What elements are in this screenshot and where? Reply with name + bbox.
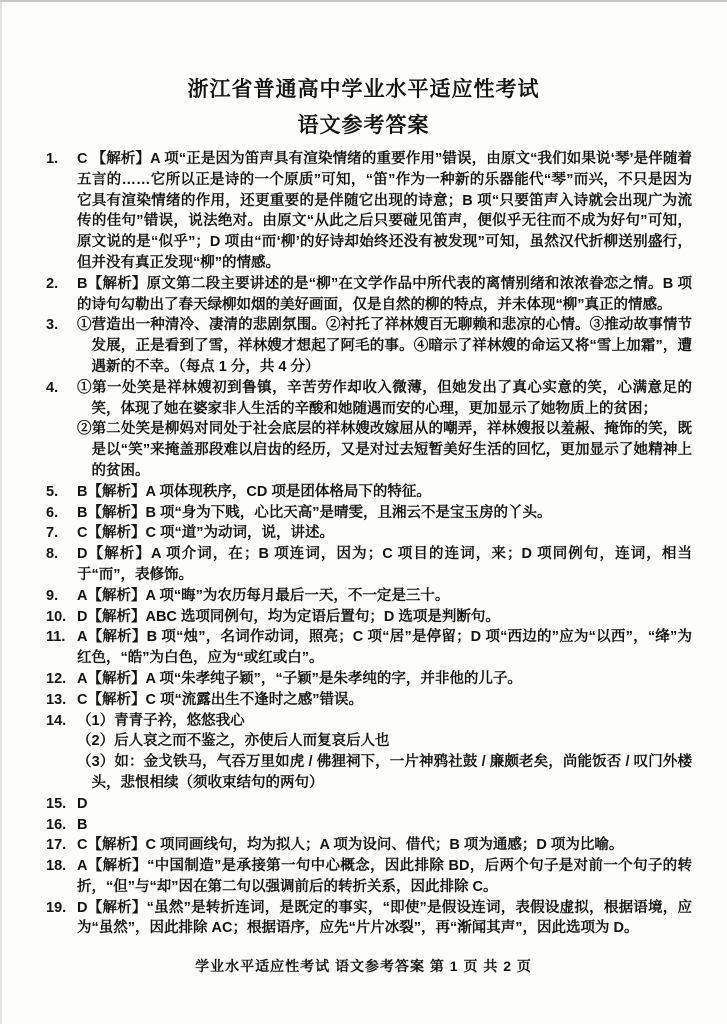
answer-item: 12.A【解析】A 项“朱孝纯子颖”，“子颖”是朱孝纯的字，并非他的儿子。 [46,669,692,690]
answer-item: 3.①营造出一种清冷、凄清的悲剧氛围。②衬托了祥林嫂百无聊赖和悲凉的心情。③推动… [46,315,692,377]
answer-content: A【解析】“中国制造”是承接第一句中心概念，因此排除 BD，后两个句子是对前一个… [77,856,692,898]
page-title: 浙江省普通高中学业水平适应性考试 [0,0,727,103]
answer-paragraph: C【解析】C 项“道”为动词，说，讲述。 [77,523,692,544]
answer-item: 15.D [46,794,692,815]
answer-paragraph: B【解析】A 项体现秩序，CD 项是团体格局下的特征。 [77,482,692,503]
answer-item: 7.C【解析】C 项“道”为动词，说，讲述。 [46,523,692,544]
answer-content: C【解析】C 项“道”为动词，说，讲述。 [77,523,692,544]
answer-number: 1. [46,149,77,274]
answer-item: 16.B [46,815,692,836]
answer-item: 4.①第一处笑是祥林嫂初到鲁镇，辛苦劳作却收入微薄，但她发出了真心实意的笑，心满… [46,378,692,482]
answer-item: 13.C【解析】C 项“流露出生不逢时之感”错误。 [46,690,692,711]
answer-paragraph: D【解析】ABC 选项同例句，均为定语后置句；D 选项是判断句。 [77,607,692,628]
answer-item: 9.A【解析】A 项“晦”为农历每月最后一天，不一定是三十。 [46,586,692,607]
answer-item: 14.（1）青青子衿，悠悠我心（2）后人哀之而不鉴之，亦使后人而复哀后人也（3）… [46,711,692,794]
answer-number: 10. [46,607,77,628]
answer-number: 12. [46,669,77,690]
answer-paragraph: C【解析】C 项同画线句，均为拟人；A 项为设问、借代；B 项为通感；D 项为比… [77,835,692,856]
answer-item: 8.D【解析】A 项介词，在；B 项连词，因为；C 项目的连词，来；D 项同例句… [46,544,692,586]
answer-number: 13. [46,690,77,711]
answer-number: 18. [46,856,77,898]
page-subtitle: 语文参考答案 [0,112,727,139]
answer-content: B [77,815,692,836]
answer-paragraph: A【解析】A 项“晦”为农历每月最后一天，不一定是三十。 [77,586,692,607]
answer-item: 5.B【解析】A 项体现秩序，CD 项是团体格局下的特征。 [46,482,692,503]
answer-item: 10.D【解析】ABC 选项同例句，均为定语后置句；D 选项是判断句。 [46,607,692,628]
answer-list: 1.C 【解析】A 项“正是因为笛声具有渲染情绪的重要作用”错误，由原文“我们如… [0,149,727,939]
answer-item: 18.A【解析】“中国制造”是承接第一句中心概念，因此排除 BD，后两个句子是对… [46,856,692,898]
answer-number: 19. [46,898,77,940]
answer-number: 2. [46,274,77,316]
answer-content: D [77,794,692,815]
answer-content: D【解析】“虽然”是转折连词，是既定的事实，“即使”是假设连词，表假设虚拟，根据… [77,898,692,940]
answer-item: 11.A【解析】B 项“烛”，名词作动词，照亮；C 项“居”是停留；D 项“西边… [46,627,692,669]
answer-number: 5. [46,482,77,503]
answer-content: B【解析】B 项“身为下贱，心比天高”是晴雯，且湘云不是宝玉房的丫头。 [77,503,692,524]
answer-paragraph: A【解析】B 项“烛”，名词作动词，照亮；C 项“居”是停留；D 项“西边的”应… [77,627,692,669]
answer-number: 14. [46,711,77,794]
answer-content: ①第一处笑是祥林嫂初到鲁镇，辛苦劳作却收入微薄，但她发出了真心实意的笑，心满意足… [77,378,692,482]
answer-content: C【解析】C 项“流露出生不逢时之感”错误。 [77,690,692,711]
document-page: 浙江省普通高中学业水平适应性考试 语文参考答案 1.C 【解析】A 项“正是因为… [0,0,727,1024]
answer-number: 9. [46,586,77,607]
answer-paragraph: （2）后人哀之而不鉴之，亦使后人而复哀后人也 [77,731,692,752]
answer-paragraph: C【解析】C 项“流露出生不逢时之感”错误。 [77,690,692,711]
answer-paragraph: D【解析】A 项介词，在；B 项连词，因为；C 项目的连词，来；D 项同例句，连… [77,544,692,586]
page-footer: 学业水平适应性考试 语文参考答案 第 1 页 共 2 页 [0,956,727,976]
answer-content: D【解析】ABC 选项同例句，均为定语后置句；D 选项是判断句。 [77,607,692,628]
answer-paragraph: B [77,815,692,836]
answer-number: 3. [46,315,77,377]
answer-paragraph: B【解析】原文第二段主要讲述的是“柳”在文学作品中所代表的离情别绪和浓浓眷恋之情… [77,274,692,316]
answer-content: C【解析】C 项同画线句，均为拟人；A 项为设问、借代；B 项为通感；D 项为比… [77,835,692,856]
answer-content: ①营造出一种清冷、凄清的悲剧氛围。②衬托了祥林嫂百无聊赖和悲凉的心情。③推动故事… [77,315,692,377]
answer-item: 19.D【解析】“虽然”是转折连词，是既定的事实，“即使”是假设连词，表假设虚拟… [46,898,692,940]
answer-paragraph: D【解析】“虽然”是转折连词，是既定的事实，“即使”是假设连词，表假设虚拟，根据… [77,898,692,940]
answer-item: 17.C【解析】C 项同画线句，均为拟人；A 项为设问、借代；B 项为通感；D … [46,835,692,856]
answer-number: 17. [46,835,77,856]
answer-paragraph: A【解析】A 项“朱孝纯子颖”，“子颖”是朱孝纯的字，并非他的儿子。 [77,669,692,690]
answer-number: 7. [46,523,77,544]
answer-content: A【解析】B 项“烛”，名词作动词，照亮；C 项“居”是停留；D 项“西边的”应… [77,627,692,669]
answer-paragraph: D [77,794,692,815]
answer-number: 11. [46,627,77,669]
answer-number: 16. [46,815,77,836]
answer-content: B【解析】原文第二段主要讲述的是“柳”在文学作品中所代表的离情别绪和浓浓眷恋之情… [77,274,692,316]
answer-paragraph: ②第二处笑是柳妈对同处于社会底层的祥林嫂改嫁屈从的嘲弄，祥林嫂报以羞赧、掩饰的笑… [77,419,692,481]
answer-paragraph: （3）如：金戈铁马，气吞万里如虎 / 佛狸祠下，一片神鸦社鼓 / 廉颇老矣，尚能… [77,752,692,794]
answer-item: 1.C 【解析】A 项“正是因为笛声具有渲染情绪的重要作用”错误，由原文“我们如… [46,149,692,274]
answer-content: A【解析】A 项“晦”为农历每月最后一天，不一定是三十。 [77,586,692,607]
answer-paragraph: A【解析】“中国制造”是承接第一句中心概念，因此排除 BD，后两个句子是对前一个… [77,856,692,898]
answer-content: B【解析】A 项体现秩序，CD 项是团体格局下的特征。 [77,482,692,503]
answer-content: D【解析】A 项介词，在；B 项连词，因为；C 项目的连词，来；D 项同例句，连… [77,544,692,586]
answer-paragraph: ①营造出一种清冷、凄清的悲剧氛围。②衬托了祥林嫂百无聊赖和悲凉的心情。③推动故事… [77,315,692,377]
answer-number: 4. [46,378,77,482]
answer-paragraph: （1）青青子衿，悠悠我心 [77,711,692,732]
answer-item: 6.B【解析】B 项“身为下贱，心比天高”是晴雯，且湘云不是宝玉房的丫头。 [46,503,692,524]
answer-item: 2.B【解析】原文第二段主要讲述的是“柳”在文学作品中所代表的离情别绪和浓浓眷恋… [46,274,692,316]
answer-number: 15. [46,794,77,815]
answer-content: （1）青青子衿，悠悠我心（2）后人哀之而不鉴之，亦使后人而复哀后人也（3）如：金… [77,711,692,794]
answer-number: 6. [46,503,77,524]
answer-content: C 【解析】A 项“正是因为笛声具有渲染情绪的重要作用”错误，由原文“我们如果说… [77,149,692,274]
answer-paragraph: ①第一处笑是祥林嫂初到鲁镇，辛苦劳作却收入微薄，但她发出了真心实意的笑，心满意足… [77,378,692,420]
answer-content: A【解析】A 项“朱孝纯子颖”，“子颖”是朱孝纯的字，并非他的儿子。 [77,669,692,690]
answer-number: 8. [46,544,77,586]
answer-paragraph: B【解析】B 项“身为下贱，心比天高”是晴雯，且湘云不是宝玉房的丫头。 [77,503,692,524]
answer-paragraph: C 【解析】A 项“正是因为笛声具有渲染情绪的重要作用”错误，由原文“我们如果说… [77,149,692,274]
